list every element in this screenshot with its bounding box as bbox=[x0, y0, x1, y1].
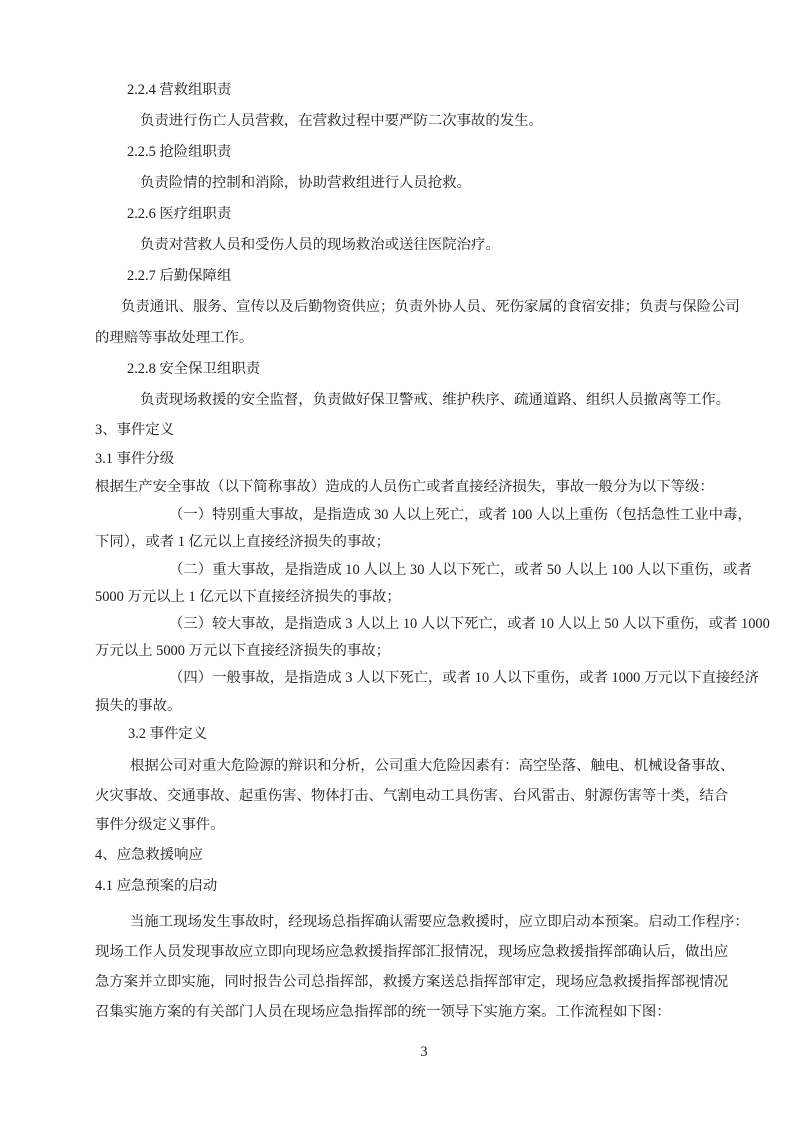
para-2-2-4: 负责进行伤亡人员营救，在营救过程中要严防二次事故的发生。 bbox=[140, 106, 543, 136]
para-3-1-intro: 根据生产安全事故（以下简称事故）造成的人员伤亡或者直接经济损失，事故一般分为以下… bbox=[95, 472, 714, 502]
para-2-2-6: 负责对营救人员和受伤人员的现场救治或送往医院治疗。 bbox=[140, 230, 500, 260]
heading-2-2-8: 2.2.8 安全保卫组职责 bbox=[127, 354, 260, 384]
para-2-2-7-line-1: 负责通讯、服务、宣传以及后勤物资供应；负责外协人员、死伤家属的食宿安排；负责与保… bbox=[121, 292, 740, 322]
item-2-line-2: 5000 万元以上 1 亿元以下直接经济损失的事故； bbox=[95, 582, 401, 612]
item-1-line-1: （一）特别重大事故，是指造成 30 人以上死亡，或者 100 人以上重伤（包括急… bbox=[169, 500, 752, 530]
para-4-1-line-4: 召集实施方案的有关部门人员在现场应急指挥部的统一领导下实施方案。工作流程如下图： bbox=[95, 997, 671, 1027]
para-2-2-8: 负责现场救援的安全监督，负责做好保卫警戒、维护秩序、疏通道路、组织人员撤离等工作… bbox=[140, 385, 730, 415]
para-3-2-line-1: 根据公司对重大危险源的辩识和分析，公司重大危险因素有：高空坠落、触电、机械设备事… bbox=[130, 751, 734, 781]
heading-4: 4、应急救援响应 bbox=[95, 840, 203, 870]
item-2-line-1: （二）重大事故，是指造成 10 人以上 30 人以下死亡，或者 50 人以上 1… bbox=[169, 555, 752, 585]
heading-2-2-7: 2.2.7 后勤保障组 bbox=[127, 261, 231, 291]
para-2-2-5: 负责险情的控制和消除，协助营救组进行人员抢救。 bbox=[140, 168, 471, 198]
item-4-line-1: （四）一般事故，是指造成 3 人以下死亡，或者 10 人以下重伤，或者 1000… bbox=[169, 663, 759, 693]
para-4-1-line-3: 急方案并立即实施，同时报告公司总指挥部，救援方案送总指挥部审定，现场应急救援指挥… bbox=[95, 967, 728, 997]
para-3-2-line-2: 火灾事故、交通事故、起重伤害、物体打击、气割电动工具伤害、台风雷击、射源伤害等十… bbox=[95, 781, 728, 811]
page-number: 3 bbox=[0, 1037, 793, 1067]
heading-2-2-6: 2.2.6 医疗组职责 bbox=[127, 199, 231, 229]
heading-3: 3、事件定义 bbox=[95, 415, 174, 445]
item-4-line-2: 损失的事故。 bbox=[95, 691, 181, 721]
item-3-line-1: （三）较大事故，是指造成 3 人以上 10 人以下死亡，或者 10 人以上 50… bbox=[169, 609, 770, 639]
heading-2-2-5: 2.2.5 抢险组职责 bbox=[127, 137, 231, 167]
item-1-line-2: 下同），或者 1 亿元以上直接经济损失的事故； bbox=[95, 527, 390, 557]
para-2-2-7-line-2: 的理赔等事故处理工作。 bbox=[95, 323, 253, 353]
para-3-2-line-3: 事件分级定义事件。 bbox=[95, 810, 225, 840]
heading-3-2: 3.2 事件定义 bbox=[128, 719, 207, 749]
heading-3-1: 3.1 事件分级 bbox=[95, 444, 174, 474]
item-3-line-2: 万元以上 5000 万元以下直接经济损失的事故； bbox=[95, 636, 390, 666]
heading-2-2-4: 2.2.4 营救组职责 bbox=[127, 75, 231, 105]
heading-4-1: 4.1 应急预案的启动 bbox=[95, 871, 217, 901]
para-4-1-line-2: 现场工作人员发现事故应立即向现场应急救援指挥部汇报情况，现场应急救援指挥部确认后… bbox=[95, 937, 728, 967]
para-4-1-line-1: 当施工现场发生事故时，经现场总指挥确认需要应急救援时，应立即启动本预案。启动工作… bbox=[130, 907, 749, 937]
document-page: 2.2.4 营救组职责负责进行伤亡人员营救，在营救过程中要严防二次事故的发生。2… bbox=[0, 0, 793, 1122]
